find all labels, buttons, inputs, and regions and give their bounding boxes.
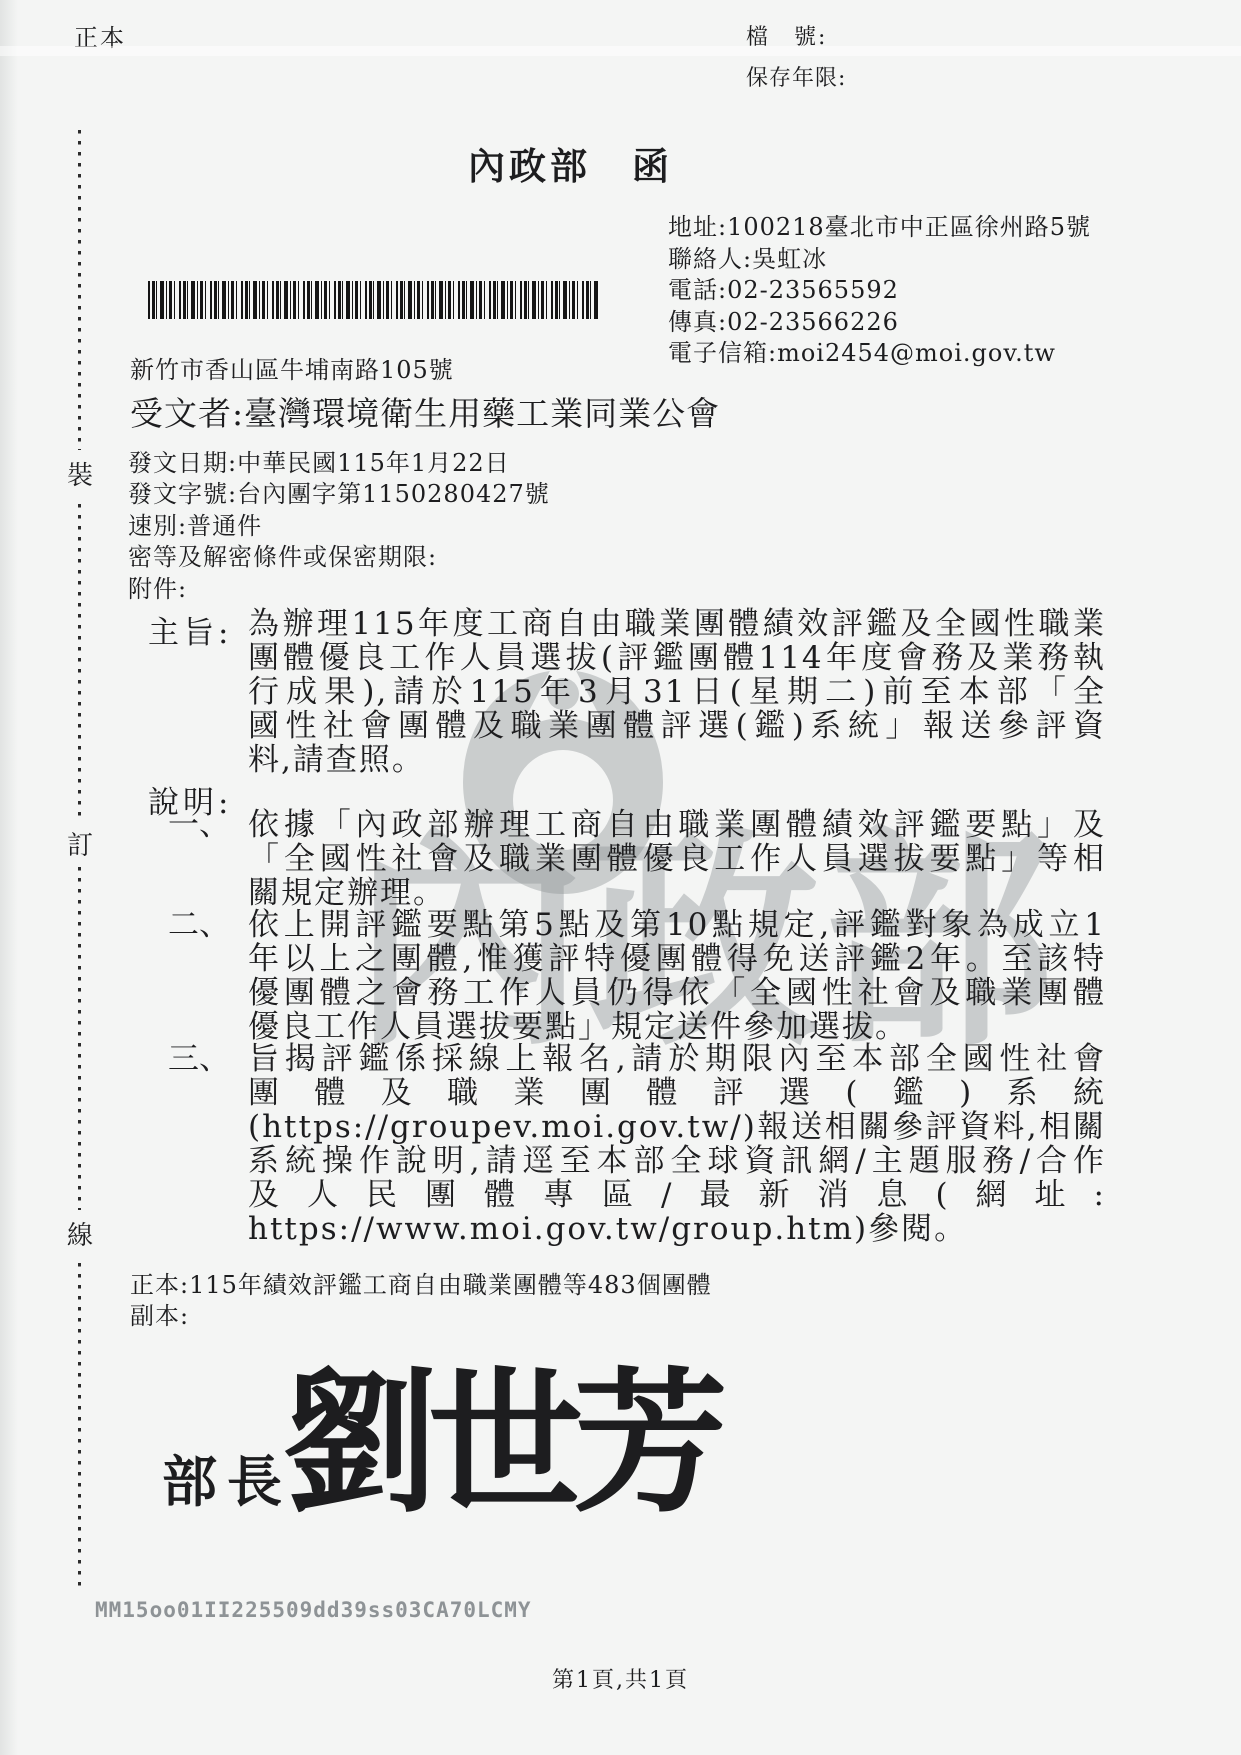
item-number: 二、 (168, 908, 230, 942)
binding-mark-zhuang: 裝 (66, 450, 94, 497)
mailing-barcode (148, 281, 598, 319)
document-number: 發文字號:台內團字第1150280427號 (128, 474, 550, 505)
explanation-line: 依上開評鑑要點第5點及第10點規定,評鑑對象為成立1 (248, 908, 1106, 942)
explanation-line: 旨揭評鑑係採線上報名,請於期限內至本部全國性社會 (248, 1042, 1106, 1076)
recipient-street-address: 新竹市香山區牛埔南路105號 (130, 350, 454, 385)
explanation-line: 及人民團體專區/最新消息(網址: (248, 1178, 1106, 1212)
print-tracking-code: MM15oo01II225509dd39ss03CA70LCMY (95, 1598, 532, 1622)
document-meta-block: 發文日期:中華民國115年1月22日 發文字號:台內團字第1150280427號… (128, 443, 550, 600)
distribution-copy: 副本: (130, 1296, 712, 1327)
explanation-item-2: 二、 依上開評鑑要點第5點及第10點規定,評鑑對象為成立1 年以上之團體,惟獲評… (248, 908, 1106, 1044)
explanation-line: 「全國性社會及職業團體優良工作人員選拔要點」等相 (248, 842, 1106, 876)
addressee-line: 受文者:臺灣環境衛生用藥工業同業公會 (130, 388, 720, 435)
priority-level: 速別:普通件 (128, 506, 550, 537)
minister-title: 部長 (162, 1438, 292, 1517)
item-number: 一、 (168, 808, 230, 842)
explanation-line: 系統操作說明,請逕至本部全球資訊網/主題服務/合作 (248, 1144, 1106, 1178)
subject-line: 行成果),請於115年3月31日(星期二)前至本部「全 (248, 675, 1106, 709)
explanation-line: 關規定辦理。 (248, 876, 1106, 910)
distribution-block: 正本:115年績效評鑑工商自由職業團體等483個團體 副本: (130, 1265, 712, 1327)
sender-contact-person: 聯絡人:吳虹冰 (668, 244, 1091, 276)
attachment-label: 附件: (128, 569, 550, 600)
explanation-line: 團體及職業團體評選(鑑)系統 (248, 1076, 1106, 1110)
page-indicator: 第1頁,共1頁 (552, 1663, 689, 1694)
official-letter-page: 內政部 裝 訂 線 正本 檔 號: 保存年限: 內政部 函 地址:100218臺… (0, 0, 1241, 1755)
subject-line: 國性社會團體及職業團體評選(鑑)系統」報送參評資 (248, 709, 1106, 743)
sender-address: 地址:100218臺北市中正區徐州路5號 (668, 212, 1091, 244)
item-number: 三、 (168, 1042, 230, 1076)
explanation-item-1: 一、 依據「內政部辦理工商自由職業團體績效評鑑要點」及 「全國性社會及職業團體優… (248, 808, 1106, 910)
explanation-line: 優團體之會務工作人員仍得依「全國性社會及職業團體 (248, 976, 1106, 1010)
explanation-line: 優良工作人員選拔要點」規定送件參加選拔。 (248, 1010, 1106, 1044)
sender-contact-block: 地址:100218臺北市中正區徐州路5號 聯絡人:吳虹冰 電話:02-23565… (668, 212, 1091, 370)
minister-signature: 劉世芳 (283, 1358, 718, 1529)
explanation-line: 依據「內政部辦理工商自由職業團體績效評鑑要點」及 (248, 808, 1106, 842)
binding-mark-xian: 線 (66, 1210, 94, 1257)
security-classification: 密等及解密條件或保密期限: (128, 537, 550, 568)
issue-date: 發文日期:中華民國115年1月22日 (128, 443, 550, 474)
sender-email: 電子信箱:moi2454@moi.gov.tw (668, 338, 1091, 370)
retention-period-label: 保存年限: (746, 61, 846, 92)
explanation-line: (https://groupev.moi.gov.tw/)報送相關參評資料,相關 (248, 1110, 1106, 1144)
explanation-item-3: 三、 旨揭評鑑係採線上報名,請於期限內至本部全國性社會 團體及職業團體評選(鑑)… (248, 1042, 1106, 1246)
subject-line: 為辦理115年度工商自由職業團體績效評鑑及全國性職業 (248, 607, 1106, 641)
document-title: 內政部 函 (468, 136, 673, 190)
subject-line: 團體優良工作人員選拔(評鑑團體114年度會務及業務執 (248, 641, 1106, 675)
explanation-line: 年以上之團體,惟獲評特優團體得免送評鑑2年。至該特 (248, 942, 1106, 976)
copy-type-label: 正本 (74, 18, 126, 53)
subject-label: 主旨: (148, 607, 232, 652)
sender-phone: 電話:02-23565592 (668, 275, 1091, 307)
distribution-original: 正本:115年績效評鑑工商自由職業團體等483個團體 (130, 1265, 712, 1296)
file-number-label: 檔 號: (746, 20, 827, 51)
binding-mark-ding: 訂 (66, 820, 94, 867)
subject-line: 料,請查照。 (248, 743, 1106, 777)
explanation-line: https://www.moi.gov.tw/group.htm)參閱。 (248, 1212, 1106, 1246)
sender-fax: 傳真:02-23566226 (668, 307, 1091, 339)
subject-body: 為辦理115年度工商自由職業團體績效評鑑及全國性職業 團體優良工作人員選拔(評鑑… (248, 607, 1106, 777)
